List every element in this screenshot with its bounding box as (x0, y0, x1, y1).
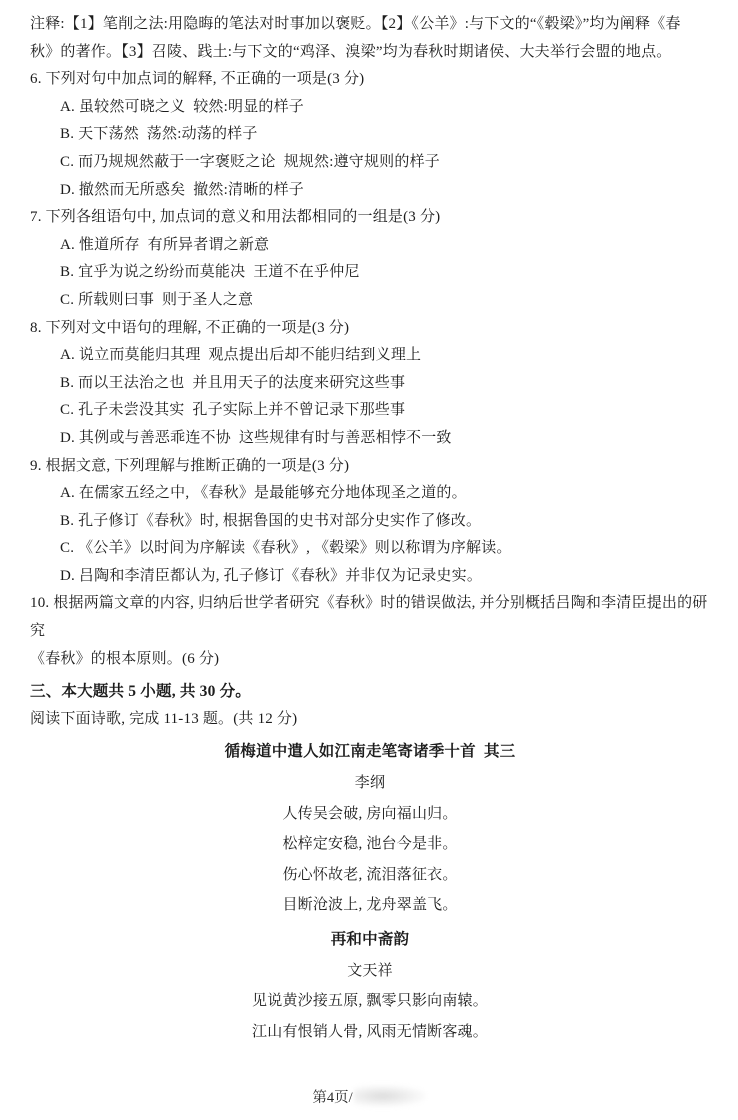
poem-2: 再和中斋韵 文天祥 见说黄沙接五原, 飘零只影向南辕。 江山有恨销人骨, 风雨无… (30, 925, 710, 1047)
poem-2-author: 文天祥 (30, 956, 710, 987)
poem-2-title: 再和中斋韵 (30, 925, 710, 956)
question-7-stem: 7. 下列各组语句中, 加点词的意义和用法都相同的一组是(3 分) (30, 204, 710, 232)
poem-2-line: 江山有恨销人骨, 风雨无情断客魂。 (30, 1017, 710, 1048)
page-footer: 第4页/ (0, 1085, 738, 1107)
question-8-option-a: A. 说立而莫能归其理 观点提出后却不能归结到义理上 (30, 342, 710, 370)
poem-1-author: 李纲 (30, 768, 710, 799)
question-8-option-b: B. 而以王法治之也 并且用天子的法度来研究这些事 (30, 370, 710, 398)
question-6-option-c: C. 而乃规规然蔽于一字褒贬之论 规规然:遵守规则的样子 (30, 149, 710, 177)
question-6-option-b: B. 天下荡然 荡然:动荡的样子 (30, 121, 710, 149)
poem-1-line: 目断沧波上, 龙舟翠盖飞。 (30, 890, 710, 921)
note-line-1: 注释:【1】笔削之法:用隐晦的笔法对时事加以褒贬。【2】《公羊》:与下文的“《毂… (30, 11, 710, 39)
question-8-option-d: D. 其例或与善恶乖连不协 这些规律有时与善恶相悖不一致 (30, 425, 710, 453)
reading-instruction: 阅读下面诗歌, 完成 11-13 题。(共 12 分) (30, 706, 710, 734)
question-8-stem: 8. 下列对文中语句的理解, 不正确的一项是(3 分) (30, 315, 710, 343)
question-6-option-d: D. 撤然而无所惑矣 撤然:清晰的样子 (30, 177, 710, 205)
question-7-option-a: A. 惟道所存 有所异者谓之新意 (30, 232, 710, 260)
question-7-option-c: C. 所载则曰事 则于圣人之意 (30, 287, 710, 315)
exam-page: 注释:【1】笔削之法:用隐晦的笔法对时事加以褒贬。【2】《公羊》:与下文的“《毂… (0, 0, 738, 1120)
question-9-stem: 9. 根据文意, 下列理解与推断正确的一项是(3 分) (30, 453, 710, 481)
question-10-line-2: 《春秋》的根本原则。(6 分) (30, 646, 710, 674)
question-6-option-a: A. 虽较然可晓之义 较然:明显的样子 (30, 94, 710, 122)
question-9-option-a: A. 在儒家五经之中, 《春秋》是最能够充分地体现圣之道的。 (30, 480, 710, 508)
question-9-option-c: C. 《公羊》以时间为序解读《春秋》, 《毂梁》则以称谓为序解读。 (30, 535, 710, 563)
question-9-option-d: D. 吕陶和李清臣都认为, 孔子修订《春秋》并非仅为记录史实。 (30, 563, 710, 591)
question-7-option-b: B. 宜乎为说之纷纷而莫能决 王道不在乎仲尼 (30, 259, 710, 287)
page-number: 第4页/ (312, 1086, 352, 1107)
question-6-stem: 6. 下列对句中加点词的解释, 不正确的一项是(3 分) (30, 66, 710, 94)
poem-1-line: 松梓定安稳, 池台今是非。 (30, 829, 710, 860)
question-8-option-c: C. 孔子未尝没其实 孔子实际上并不曾记录下那些事 (30, 397, 710, 425)
footer-smudge (354, 1085, 426, 1107)
question-10-line-1: 10. 根据两篇文章的内容, 归纳后世学者研究《春秋》时的错误做法, 并分别概括… (30, 590, 710, 645)
poem-1: 循梅道中遣人如江南走笔寄诸季十首 其三 李纲 人传吴会破, 房向福山归。 松梓定… (30, 737, 710, 921)
section-3-heading: 三、本大题共 5 小题, 共 30 分。 (30, 678, 710, 706)
poem-1-line: 伤心怀故老, 流泪落征衣。 (30, 860, 710, 891)
poem-1-line: 人传吴会破, 房向福山归。 (30, 799, 710, 830)
poem-1-title: 循梅道中遣人如江南走笔寄诸季十首 其三 (30, 737, 710, 768)
poem-2-line: 见说黄沙接五原, 飘零只影向南辕。 (30, 986, 710, 1017)
note-line-2: 秋》的著作。【3】召陵、践土:与下文的“鸡泽、溴梁”均为春秋时期诸侯、大夫举行会… (30, 39, 710, 67)
question-9-option-b: B. 孔子修订《春秋》时, 根据鲁国的史书对部分史实作了修改。 (30, 508, 710, 536)
